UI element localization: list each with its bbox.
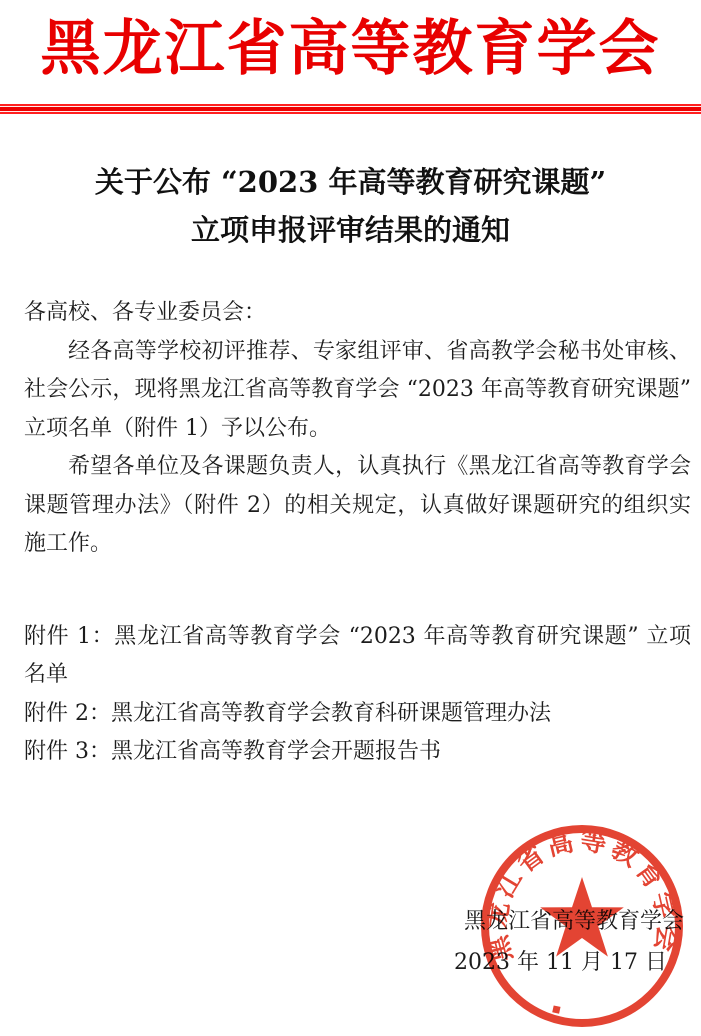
document-title-line2: 立项申报评审结果的通知: [0, 206, 701, 254]
signature-org-name: 黑龙江省高等教育学会: [454, 901, 684, 942]
stamp-bottom-mark: [552, 1005, 560, 1013]
document-body: 各高校、各专业委员会： 经各高等学校初评推荐、专家组评审、省高教学会秘书处审核、…: [24, 294, 691, 772]
attachment-item-2: 附件 2：黑龙江省高等教育学会教育科研课题管理办法: [24, 695, 691, 734]
signature-block: 黑龙江省高等教育学会 2023 年 11 月 17 日: [454, 901, 684, 983]
notice-document-page: 黑龙江省高等教育学会 关于公布 “2023 年高等教育研究课题” 立项申报评审结…: [0, 0, 701, 1036]
red-divider-rule: [0, 104, 701, 114]
signature-date: 2023 年 11 月 17 日: [454, 942, 667, 983]
body-paragraph-1: 经各高等学校初评推荐、专家组评审、省高教学会秘书处审核、社会公示，现将黑龙江省高…: [24, 333, 691, 449]
attachment-item-3: 附件 3：黑龙江省高等教育学会开题报告书: [24, 733, 691, 772]
salutation-line: 各高校、各专业委员会：: [24, 294, 691, 333]
document-title-line1: 关于公布 “2023 年高等教育研究课题”: [0, 158, 701, 206]
document-title: 关于公布 “2023 年高等教育研究课题” 立项申报评审结果的通知: [0, 158, 701, 254]
body-paragraph-2: 希望各单位及各课题负责人，认真执行《黑龙江省高等教育学会课题管理办法》（附件 2…: [24, 448, 691, 564]
attachments-list: 附件 1：黑龙江省高等教育学会 “2023 年高等教育研究课题” 立项名单 附件…: [24, 618, 691, 772]
letterhead-org-name: 黑龙江省高等教育学会: [0, 8, 701, 90]
attachment-item-1: 附件 1：黑龙江省高等教育学会 “2023 年高等教育研究课题” 立项名单: [24, 618, 691, 695]
